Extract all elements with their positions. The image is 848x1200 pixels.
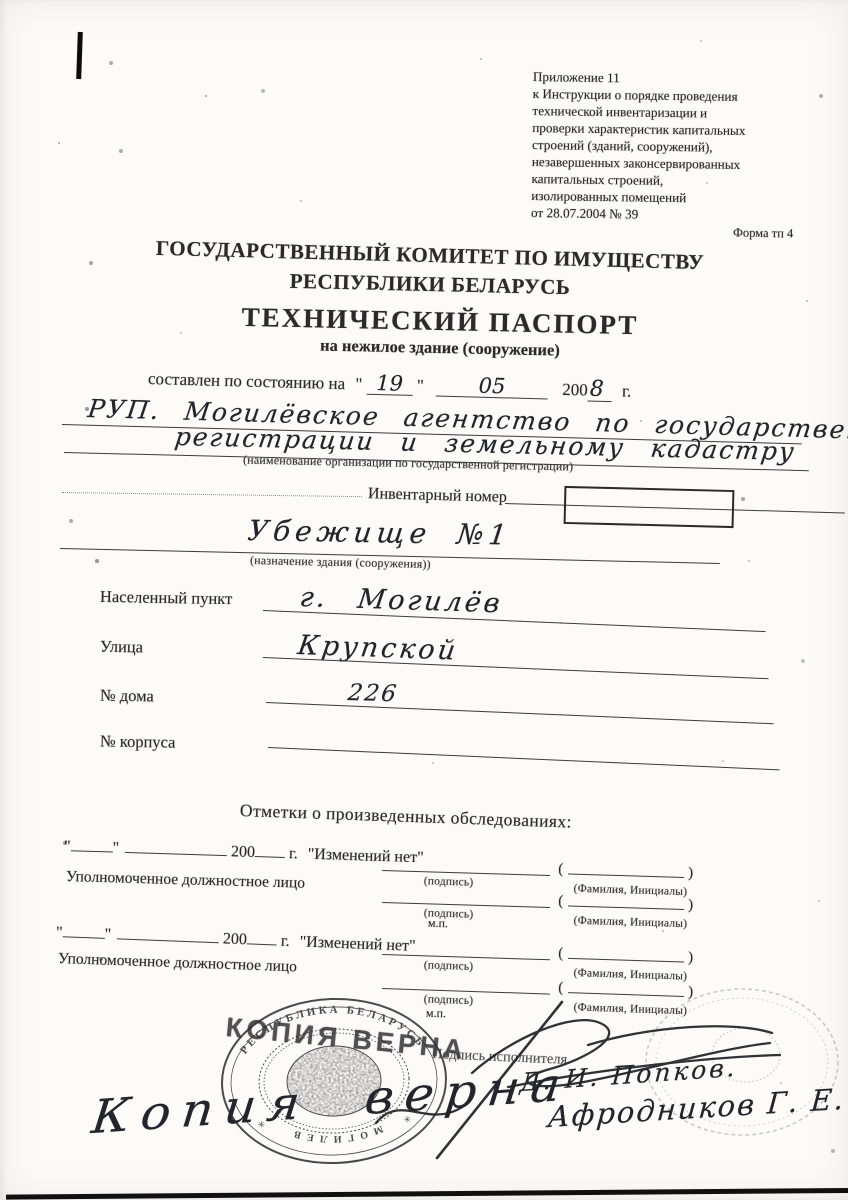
annex-line: от 28.07.2004 № 39 — [531, 204, 811, 225]
handwritten-house-number: 226 — [346, 680, 399, 707]
signature-caption: (подпись) — [424, 959, 474, 973]
address-label-house-number: № дома — [100, 686, 154, 707]
date-day-slot: 19 — [366, 373, 413, 396]
year-suffix: г. — [622, 381, 632, 400]
handwritten-year-digit: 8 — [589, 377, 604, 402]
rule-line — [263, 610, 766, 632]
blank-day — [62, 936, 104, 939]
handwritten-month: 05 — [478, 374, 505, 399]
handwritten-building-purpose: Убежище №1 — [246, 514, 514, 552]
inventory-number-box — [564, 486, 735, 528]
year-printed: 200 — [562, 380, 588, 400]
compiled-date-prefix: составлен по состоянию на — [148, 369, 346, 393]
signature-line — [382, 902, 550, 908]
blank-day — [70, 850, 112, 852]
signature-line — [382, 954, 550, 960]
signature-line — [382, 870, 550, 876]
building-purpose-caption: (назначение здания (сооружения)) — [250, 553, 431, 572]
name-line — [568, 906, 684, 910]
survey-date-row: "" 200 г. "Изменений нет" — [64, 838, 424, 867]
blank-month — [125, 852, 227, 856]
seal-place-caption: м.п. — [428, 916, 448, 932]
date-year-slot: 8 — [587, 379, 612, 403]
printed-year-prefix: 200 — [223, 930, 248, 948]
authorized-official-label: Уполномоченное должностное лицо — [58, 950, 298, 976]
paren-open: ( — [558, 893, 564, 910]
handwritten-day: 19 — [376, 371, 403, 396]
address-label-settlement: Населенный пункт — [100, 587, 233, 609]
paren-open: ( — [558, 946, 564, 963]
signature-caption: (подпись) — [424, 875, 474, 888]
rule-line — [268, 747, 780, 770]
blank-month — [117, 938, 219, 943]
quote-mark: " — [355, 374, 362, 393]
address-label-street: Улица — [100, 637, 143, 658]
blank-year — [247, 943, 277, 945]
quote-mark: " — [417, 376, 424, 395]
quote-mark: " — [56, 924, 63, 941]
scanned-document-page: Приложение 11 к Инструкции о порядке про… — [0, 0, 848, 1200]
surveys-heading: Отметки о произведенных обследованиях: — [240, 800, 573, 833]
annex-reference-block: Приложение 11 к Инструкции о порядке про… — [531, 68, 813, 225]
year-suffix: г. — [281, 933, 290, 950]
name-line — [568, 958, 684, 963]
dotted-leader-line — [62, 492, 362, 497]
inventory-number-label: Инвентарный номер — [368, 485, 507, 507]
form-number-label: Форма тп 4 — [733, 225, 793, 241]
quote-mark: " — [104, 926, 111, 943]
name-line — [568, 874, 684, 878]
rule-line — [266, 702, 774, 724]
paren-open: ( — [558, 861, 564, 878]
quote-mark: " — [112, 840, 119, 857]
paren-close: ) — [688, 950, 694, 967]
printed-year-prefix: 200 — [231, 843, 256, 861]
quote-mark: " — [64, 838, 71, 855]
blank-year — [255, 856, 285, 858]
paren-close: ) — [688, 865, 694, 882]
bottom-scan-edge-line — [6, 1188, 848, 1199]
date-month-slot: 05 — [436, 375, 549, 400]
rule-line — [263, 657, 769, 679]
authorized-official-label: Уполномоченное должностное лицо — [66, 868, 305, 893]
name-caption: (Фамилия, Инициалы) — [573, 915, 687, 930]
paren-close: ) — [688, 897, 694, 914]
address-label-building-number: № корпуса — [100, 731, 176, 752]
scan-artifact-mark — [76, 32, 83, 79]
year-suffix: г. — [289, 845, 298, 862]
scan-noise-speckles — [0, 0, 2, 2]
